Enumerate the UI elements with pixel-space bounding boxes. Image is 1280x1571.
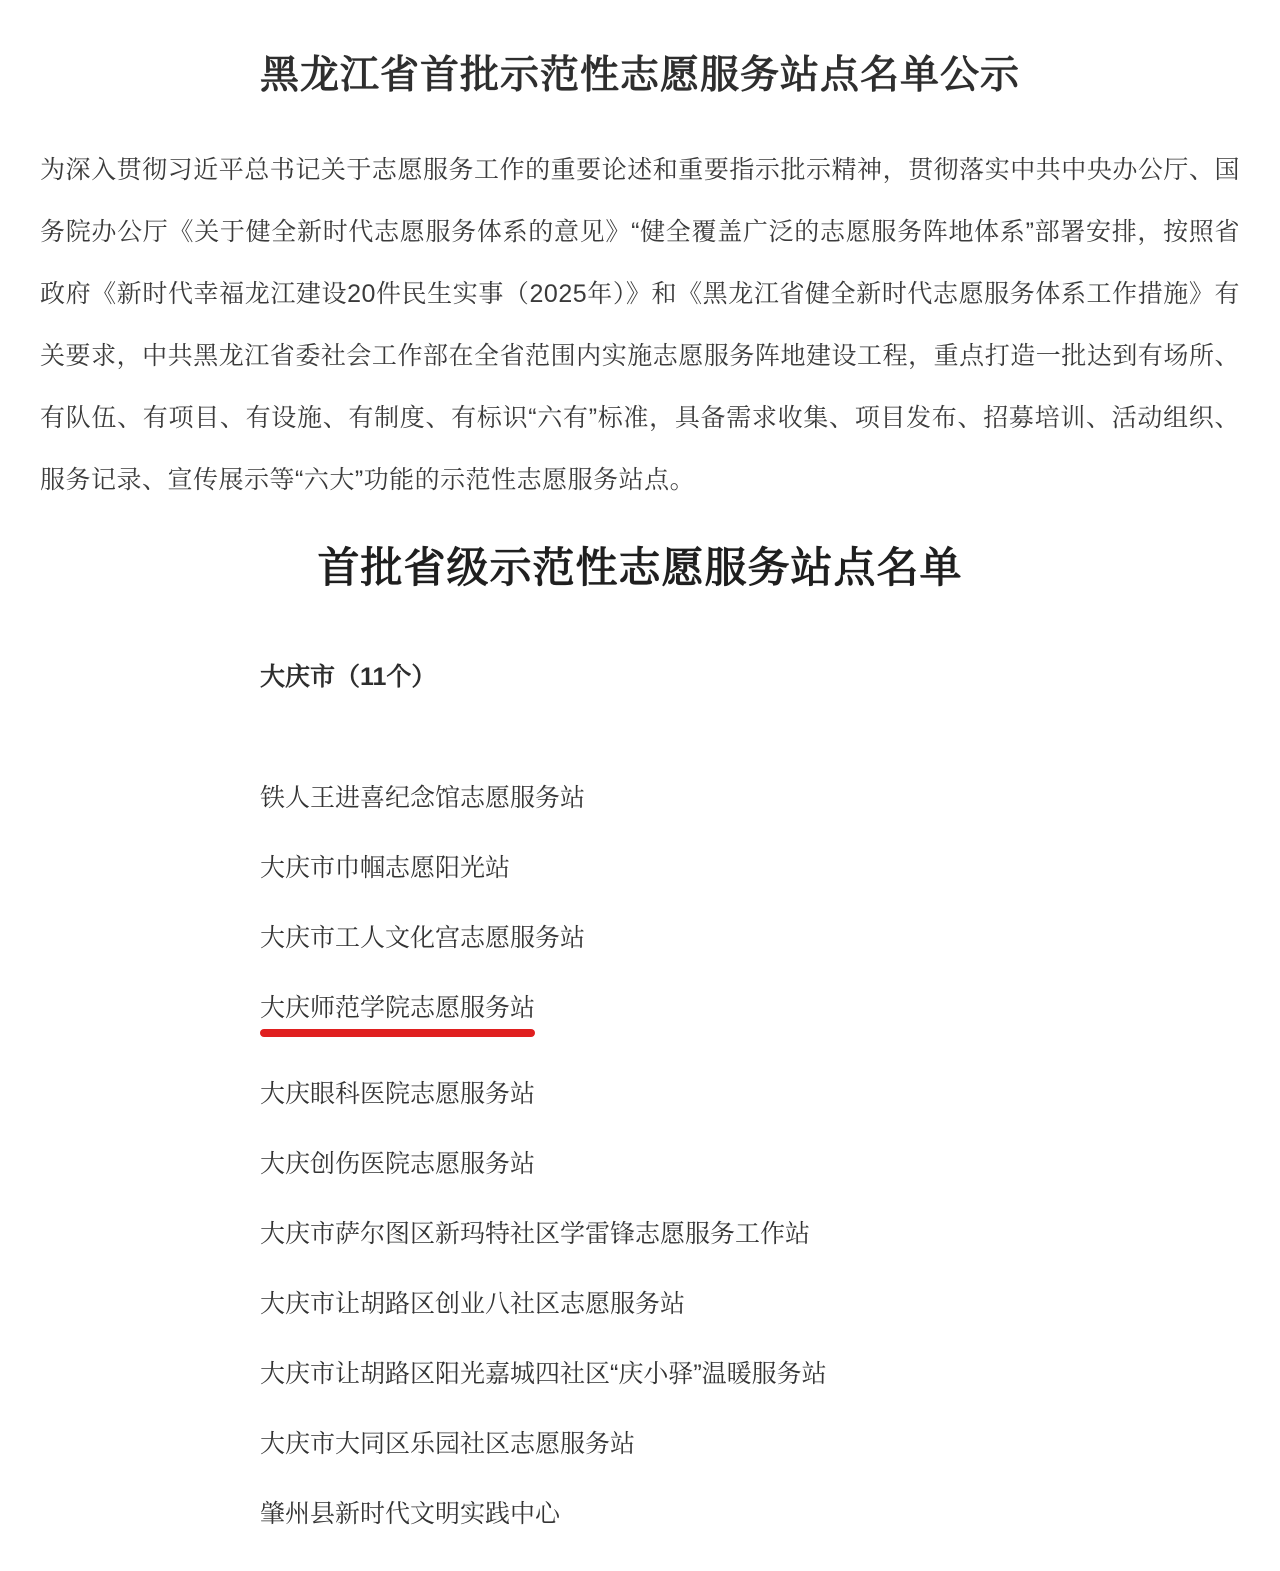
- station-name: 大庆市让胡路区阳光嘉城四社区“庆小驿”温暖服务站: [260, 1360, 827, 1388]
- red-underline-annotation: [260, 1029, 535, 1037]
- station-list: 铁人王进喜纪念馆志愿服务站 大庆市巾帼志愿阳光站 大庆市工人文化宫志愿服务站 大…: [260, 785, 1280, 1527]
- list-item-highlighted: 大庆师范学院志愿服务站: [260, 995, 1280, 1037]
- station-name: 铁人王进喜纪念馆志愿服务站: [260, 784, 585, 812]
- list-item: 大庆市让胡路区创业八社区志愿服务站: [260, 1291, 1280, 1317]
- announcement-document: 黑龙江省首批示范性志愿服务站点名单公示 为深入贯彻习近平总书记关于志愿服务工作的…: [0, 0, 1280, 1527]
- station-name: 大庆市萨尔图区新玛特社区学雷锋志愿服务工作站: [260, 1220, 810, 1248]
- station-name: 大庆市工人文化宫志愿服务站: [260, 924, 585, 952]
- city-section: 大庆市（11个） 铁人王进喜纪念馆志愿服务站 大庆市巾帼志愿阳光站 大庆市工人文…: [260, 657, 1280, 1527]
- list-title: 首批省级示范性志愿服务站点名单: [0, 535, 1280, 595]
- station-name: 大庆创伤医院志愿服务站: [260, 1150, 535, 1178]
- list-item: 肇州县新时代文明实践中心: [260, 1501, 1280, 1527]
- station-name: 大庆师范学院志愿服务站: [260, 994, 535, 1022]
- station-name: 大庆眼科医院志愿服务站: [260, 1080, 535, 1108]
- list-item: 大庆眼科医院志愿服务站: [260, 1081, 1280, 1107]
- station-name: 肇州县新时代文明实践中心: [260, 1500, 560, 1528]
- list-item: 大庆市工人文化宫志愿服务站: [260, 925, 1280, 951]
- station-name: 大庆市大同区乐园社区志愿服务站: [260, 1430, 635, 1458]
- intro-paragraph: 为深入贯彻习近平总书记关于志愿服务工作的重要论述和重要指示批示精神，贯彻落实中共…: [40, 139, 1240, 511]
- station-name: 大庆市巾帼志愿阳光站: [260, 854, 510, 882]
- city-heading: 大庆市（11个）: [260, 657, 1280, 693]
- list-item: 大庆市萨尔图区新玛特社区学雷锋志愿服务工作站: [260, 1221, 1280, 1247]
- list-item: 大庆创伤医院志愿服务站: [260, 1151, 1280, 1177]
- list-item: 大庆市巾帼志愿阳光站: [260, 855, 1280, 881]
- list-item: 大庆市让胡路区阳光嘉城四社区“庆小驿”温暖服务站: [260, 1361, 1280, 1387]
- list-item: 铁人王进喜纪念馆志愿服务站: [260, 785, 1280, 811]
- station-name: 大庆市让胡路区创业八社区志愿服务站: [260, 1290, 685, 1318]
- list-item: 大庆市大同区乐园社区志愿服务站: [260, 1431, 1280, 1457]
- highlighted-station-wrap: 大庆师范学院志愿服务站: [260, 995, 535, 1037]
- page-title: 黑龙江省首批示范性志愿服务站点名单公示: [0, 52, 1280, 101]
